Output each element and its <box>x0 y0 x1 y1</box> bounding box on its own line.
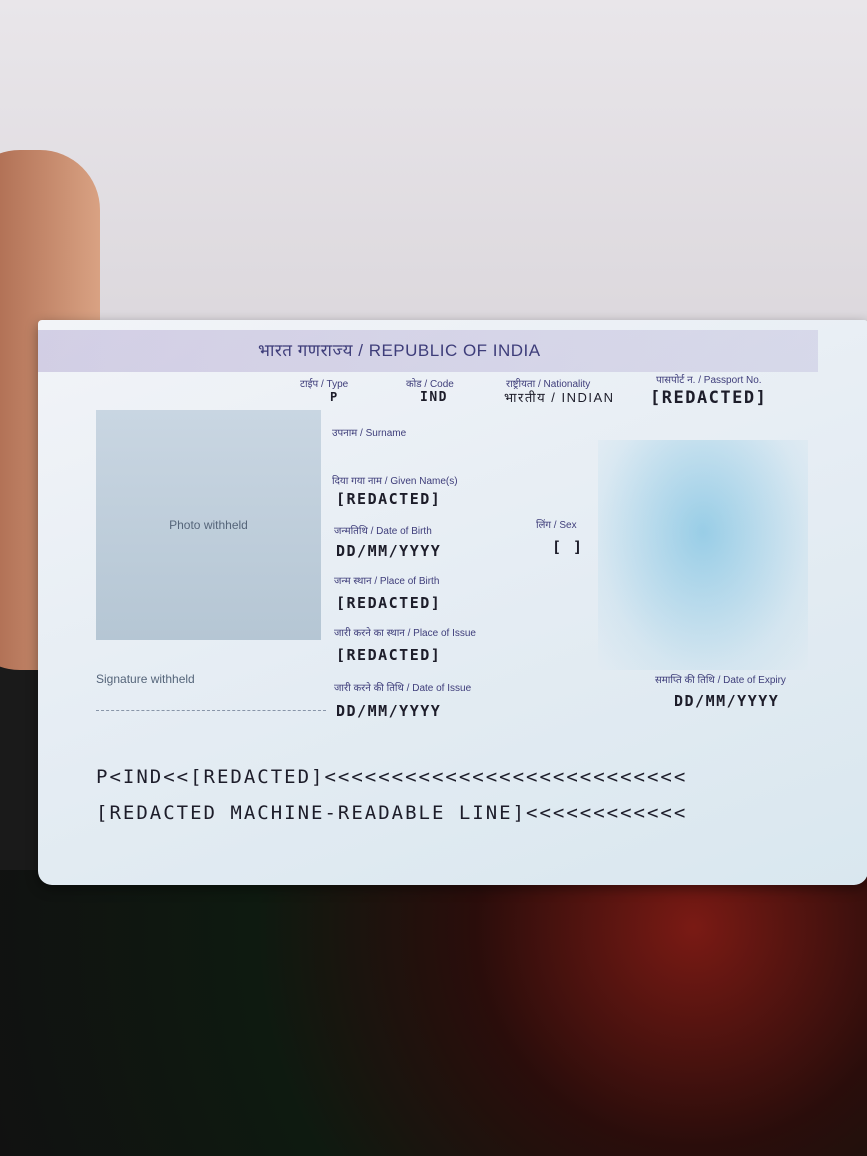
background-fabric <box>0 870 867 1156</box>
label-given-names: दिया गया नाम / Given Name(s) <box>332 473 458 487</box>
value-dob: DD/MM/YYYY <box>336 542 441 560</box>
label-passport-no: पासपोर्ट न. / Passport No. <box>656 372 762 386</box>
value-nationality: भारतीय / INDIAN <box>504 388 615 406</box>
value-place-of-birth: [REDACTED] <box>336 594 441 612</box>
ghost-image-placeholder <box>598 440 808 670</box>
passport-data-page: भारत गणराज्य / REPUBLIC OF INDIA टाईप / … <box>38 320 867 885</box>
signature-placeholder: Signature withheld <box>96 670 326 711</box>
label-surname: उपनाम / Surname <box>332 425 406 439</box>
label-date-of-issue: जारी करने की तिथि / Date of Issue <box>334 680 471 694</box>
country-header: भारत गणराज्य / REPUBLIC OF INDIA <box>258 338 541 361</box>
label-dob: जन्मतिथि / Date of Birth <box>334 523 432 537</box>
holder-photo-placeholder: Photo withheld <box>96 410 321 640</box>
mrz-line-1: P<IND<<[REDACTED]<<<<<<<<<<<<<<<<<<<<<<<… <box>96 766 687 788</box>
value-type: P <box>330 390 339 404</box>
label-place-of-issue: जारी करने का स्थान / Place of Issue <box>334 625 476 639</box>
value-place-of-issue: [REDACTED] <box>336 646 441 664</box>
value-code: IND <box>420 390 448 405</box>
label-date-of-expiry: समाप्ति की तिथि / Date of Expiry <box>655 672 786 686</box>
mrz-line-2: [REDACTED MACHINE-READABLE LINE]<<<<<<<<… <box>96 802 687 824</box>
value-date-of-expiry: DD/MM/YYYY <box>674 692 779 710</box>
value-date-of-issue: DD/MM/YYYY <box>336 702 441 720</box>
label-place-of-birth: जन्म स्थान / Place of Birth <box>334 573 439 587</box>
label-sex: लिंग / Sex <box>536 517 577 531</box>
passport-opposite-page <box>0 0 867 330</box>
value-sex: [ ] <box>552 538 584 556</box>
label-code: कोड / Code <box>406 376 454 390</box>
value-passport-no: [REDACTED] <box>650 388 767 408</box>
value-given-names: [REDACTED] <box>336 490 441 508</box>
label-type: टाईप / Type <box>300 376 348 390</box>
